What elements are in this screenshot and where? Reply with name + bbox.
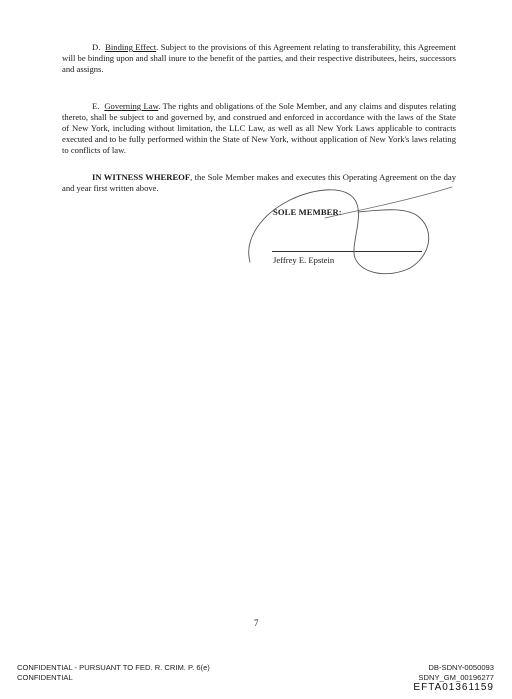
section-d-heading: Binding Effect (105, 42, 156, 52)
footer-left-line-2: CONFIDENTIAL (17, 673, 210, 683)
footer-confidentiality: CONFIDENTIAL - PURSUANT TO FED. R. CRIM.… (17, 663, 210, 682)
document-page: D. Binding Effect. Subject to the provis… (0, 0, 512, 699)
section-d-binding-effect: D. Binding Effect. Subject to the provis… (62, 42, 456, 75)
signature-block-title: SOLE MEMBER: (273, 207, 342, 217)
bates-efta: EFTA01361159 (413, 682, 494, 693)
section-e-governing-law: E. Governing Law. The rights and obligat… (62, 101, 456, 156)
witness-lead: IN WITNESS WHEREOF (92, 172, 190, 182)
footer-bates-numbers: DB-SDNY-0050093 SDNY_GM_00196277 EFTA013… (413, 663, 494, 693)
footer-left-line-1: CONFIDENTIAL - PURSUANT TO FED. R. CRIM.… (17, 663, 210, 673)
bates-db-sdny: DB-SDNY-0050093 (413, 663, 494, 673)
section-d-label: D. (92, 42, 100, 52)
bates-sdny-gm: SDNY_GM_00196277 (413, 673, 494, 683)
section-e-heading: Governing Law (104, 101, 158, 111)
witness-clause: IN WITNESS WHEREOF, the Sole Member make… (62, 172, 456, 194)
signature-line (272, 251, 422, 252)
signer-name: Jeffrey E. Epstein (273, 255, 334, 265)
page-number: 7 (254, 618, 259, 628)
section-e-label: E. (92, 101, 99, 111)
